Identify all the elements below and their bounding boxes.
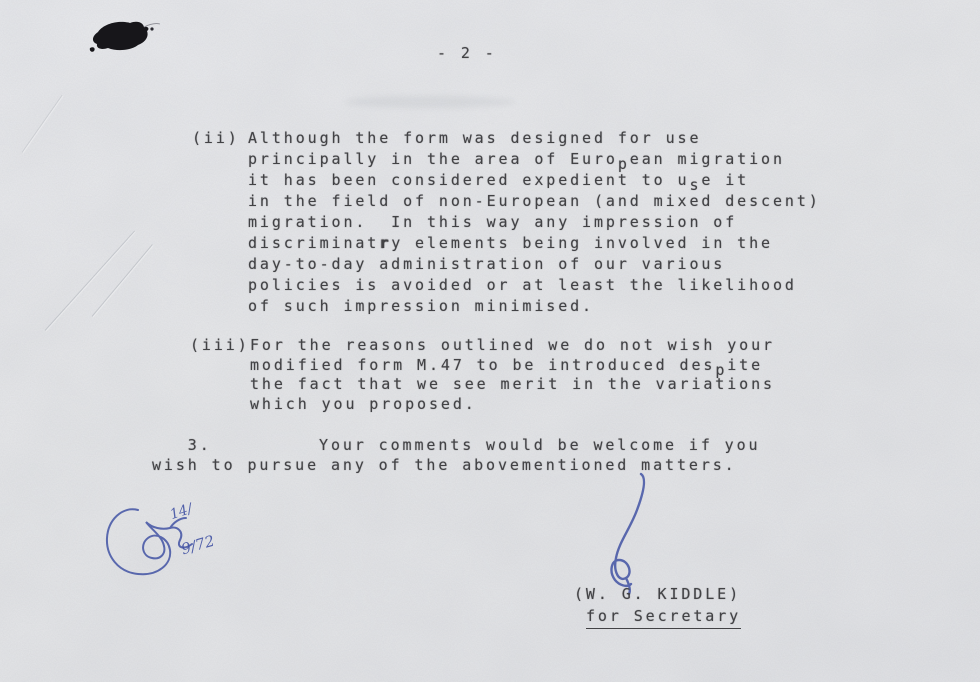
typed-line: wish to pursue any of the abovementioned… [152, 456, 760, 476]
typed-line: it has been considered expedient to use … [248, 170, 821, 191]
document-page: - 2 - (ii) Although the form was designe… [0, 0, 980, 682]
typed-line: the fact that we see merit in the variat… [250, 375, 775, 395]
paragraph-iii-label: (iii) [190, 336, 250, 356]
typed-line: in the field of non-European (and mixed … [248, 191, 821, 212]
paper-crease [92, 244, 153, 317]
page-number: - 2 - [437, 43, 497, 64]
typed-line: migration. In this way any impression of [248, 212, 821, 233]
paper-smudge [345, 96, 515, 108]
typed-line: policies is avoided or at least the like… [248, 275, 821, 296]
typed-line: which you proposed. [250, 395, 775, 415]
typed-line: of such impression minimised. [248, 296, 821, 317]
paragraph-ii-body: Although the form was designed for usepr… [248, 128, 821, 317]
typed-line: 3. Your comments would be welcome if you [152, 436, 760, 456]
paragraph-ii-label: (ii) [192, 128, 240, 149]
paper-crease [22, 95, 63, 153]
closing-paragraph: 3. Your comments would be welcome if you… [152, 436, 760, 475]
signatory-name: (W. G. KIDDLE) [574, 584, 741, 605]
typed-line: principally in the area of European migr… [248, 149, 821, 170]
signatory-title: for Secretary [586, 606, 741, 629]
typed-line: Although the form was designed for use [248, 128, 821, 149]
paragraph-iii-body: For the reasons outlined we do not wish … [250, 336, 775, 414]
typed-line: modified form M.47 to be introduced desp… [250, 356, 775, 376]
typed-line: day-to-day administration of our various [248, 254, 821, 275]
typed-line: For the reasons outlined we do not wish … [250, 336, 775, 356]
typed-line: discriminatry elements being involved in… [248, 233, 821, 254]
signature-flourish [585, 468, 665, 598]
ink-blot-stain [80, 10, 180, 65]
